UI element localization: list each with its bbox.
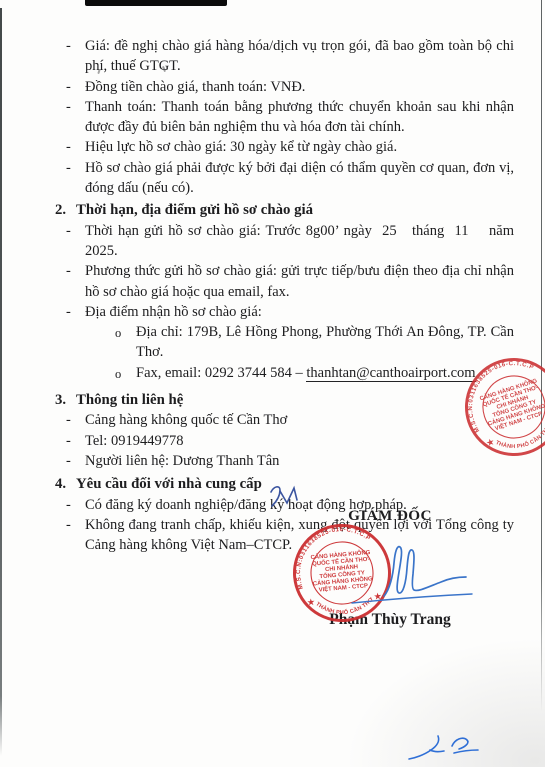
phone-number: Tel: 0919449778 <box>85 431 514 451</box>
term-item: - Phương thức gửi hồ sơ chào giá: gửi tr… <box>55 261 514 302</box>
section-number: 3. <box>55 390 76 410</box>
bullet-dash: - <box>55 36 85 77</box>
term-text: Địa điểm nhận hồ sơ chào giá: <box>85 302 514 322</box>
bullet-dash: - <box>55 77 85 97</box>
bullet-dash: - <box>55 302 85 322</box>
contact-person: Người liên hệ: Dương Thanh Tân <box>85 451 514 471</box>
term-text: Giá: đề nghị chào giá hàng hóa/dịch vụ t… <box>85 36 514 77</box>
section-heading-4: 4. Yêu cầu đối với nhà cung cấp <box>55 474 514 494</box>
bullet-dash: - <box>55 97 85 138</box>
term-item: - Tel: 0919449778 <box>55 431 514 451</box>
term-item: - Đồng tiền chào giá, thanh toán: VNĐ. <box>55 77 514 97</box>
bullet-dash: - <box>55 515 85 556</box>
section-heading-2: 2. Thời hạn, địa điểm gửi hồ sơ chào giá <box>55 200 514 220</box>
bullet-dash: - <box>55 137 85 157</box>
scan-artifact-top-bar <box>85 0 227 6</box>
term-item: - Người liên hệ: Dương Thanh Tân <box>55 451 514 471</box>
sub-item-address: o Địa chỉ: 179B, Lê Hồng Phong, Phường T… <box>55 322 514 363</box>
bullet-dash: - <box>55 410 85 430</box>
scan-artifact-left-edge <box>0 8 2 756</box>
term-text: Thanh toán: Thanh toán bằng phương thức … <box>85 97 514 138</box>
seal-center-line: VIỆT NAM - CTCP <box>318 581 368 593</box>
email-link: thanhtan@canthoairport.com <box>306 365 475 383</box>
section-heading-3: 3. Thông tin liên hệ <box>55 390 514 410</box>
document-body: - Giá: đề nghị chào giá hàng hóa/dịch vụ… <box>55 36 514 555</box>
section-number: 2. <box>55 200 76 220</box>
term-item: - Hiệu lực hồ sơ chào giá: 30 ngày kể từ… <box>55 137 514 157</box>
bullet-dash: - <box>55 221 85 262</box>
signer-role-title: GIÁM ĐỐC <box>305 507 475 525</box>
seal-center-line: CHI NHÁNH <box>325 563 359 573</box>
bullet-dash: - <box>55 261 85 302</box>
fax-label: Fax, email: 0292 3744 584 – <box>136 365 306 381</box>
term-text: Đồng tiền chào giá, thanh toán: VNĐ. <box>85 77 514 97</box>
bullet-dash: - <box>55 158 85 199</box>
term-text: Hồ sơ chào giá phải được ký bởi đại diện… <box>85 158 514 199</box>
sub-item-fax-email: o Fax, email: 0292 3744 584 – thanhtan@c… <box>55 363 514 384</box>
section-title: Yêu cầu đối với nhà cung cấp <box>76 474 262 494</box>
deadline-text: Thời hạn gửi hồ sơ chào giá: Trước 8g00’… <box>85 221 514 262</box>
seal-star-left: ★ <box>307 597 316 607</box>
company-name: Cảng hàng không quốc tế Cần Thơ <box>85 410 514 430</box>
seal-star-right: ★ <box>374 592 383 602</box>
term-item: - Thời hạn gửi hồ sơ chào giá: Trước 8g0… <box>55 221 514 262</box>
address-text: Địa chỉ: 179B, Lê Hồng Phong, Phường Thớ… <box>136 322 514 363</box>
section-title: Thông tin liên hệ <box>76 390 183 410</box>
term-item: - Cảng hàng không quốc tế Cần Thơ <box>55 410 514 430</box>
bullet-dash: - <box>55 451 85 471</box>
term-item: - Thanh toán: Thanh toán bằng phương thứ… <box>55 97 514 138</box>
bullet-dash: - <box>55 431 85 451</box>
seal-center-line: TỔNG CÔNG TY <box>319 568 365 580</box>
section-title: Thời hạn, địa điểm gửi hồ sơ chào giá <box>76 200 313 220</box>
bullet-circle: o <box>115 322 136 363</box>
scan-artifact-corner-shade <box>345 637 545 767</box>
term-text: Phương thức gửi hồ sơ chào giá: gửi trực… <box>85 261 514 302</box>
seal-center-line: CẢNG HÀNG KHÔNG <box>313 574 374 587</box>
scanned-document: - Giá: đề nghị chào giá hàng hóa/dịch vụ… <box>0 0 545 767</box>
fax-email-text: Fax, email: 0292 3744 584 – thanhtan@can… <box>136 363 514 384</box>
term-text: Hiệu lực hồ sơ chào giá: 30 ngày kể từ n… <box>85 137 514 157</box>
bullet-dash: - <box>55 495 85 515</box>
term-item: - Địa điểm nhận hồ sơ chào giá: <box>55 302 514 322</box>
term-item: - Hồ sơ chào giá phải được ký bởi đại di… <box>55 158 514 199</box>
section-number: 4. <box>55 474 76 494</box>
bullet-circle: o <box>115 363 136 384</box>
seal-center-line: QUỐC TẾ CẦN THƠ- <box>312 556 370 568</box>
scan-artifact-right-edge <box>541 0 542 712</box>
signer-name: Phạm Thùy Trang <box>295 611 485 629</box>
term-item: - Giá: đề nghị chào giá hàng hóa/dịch vụ… <box>55 36 514 77</box>
